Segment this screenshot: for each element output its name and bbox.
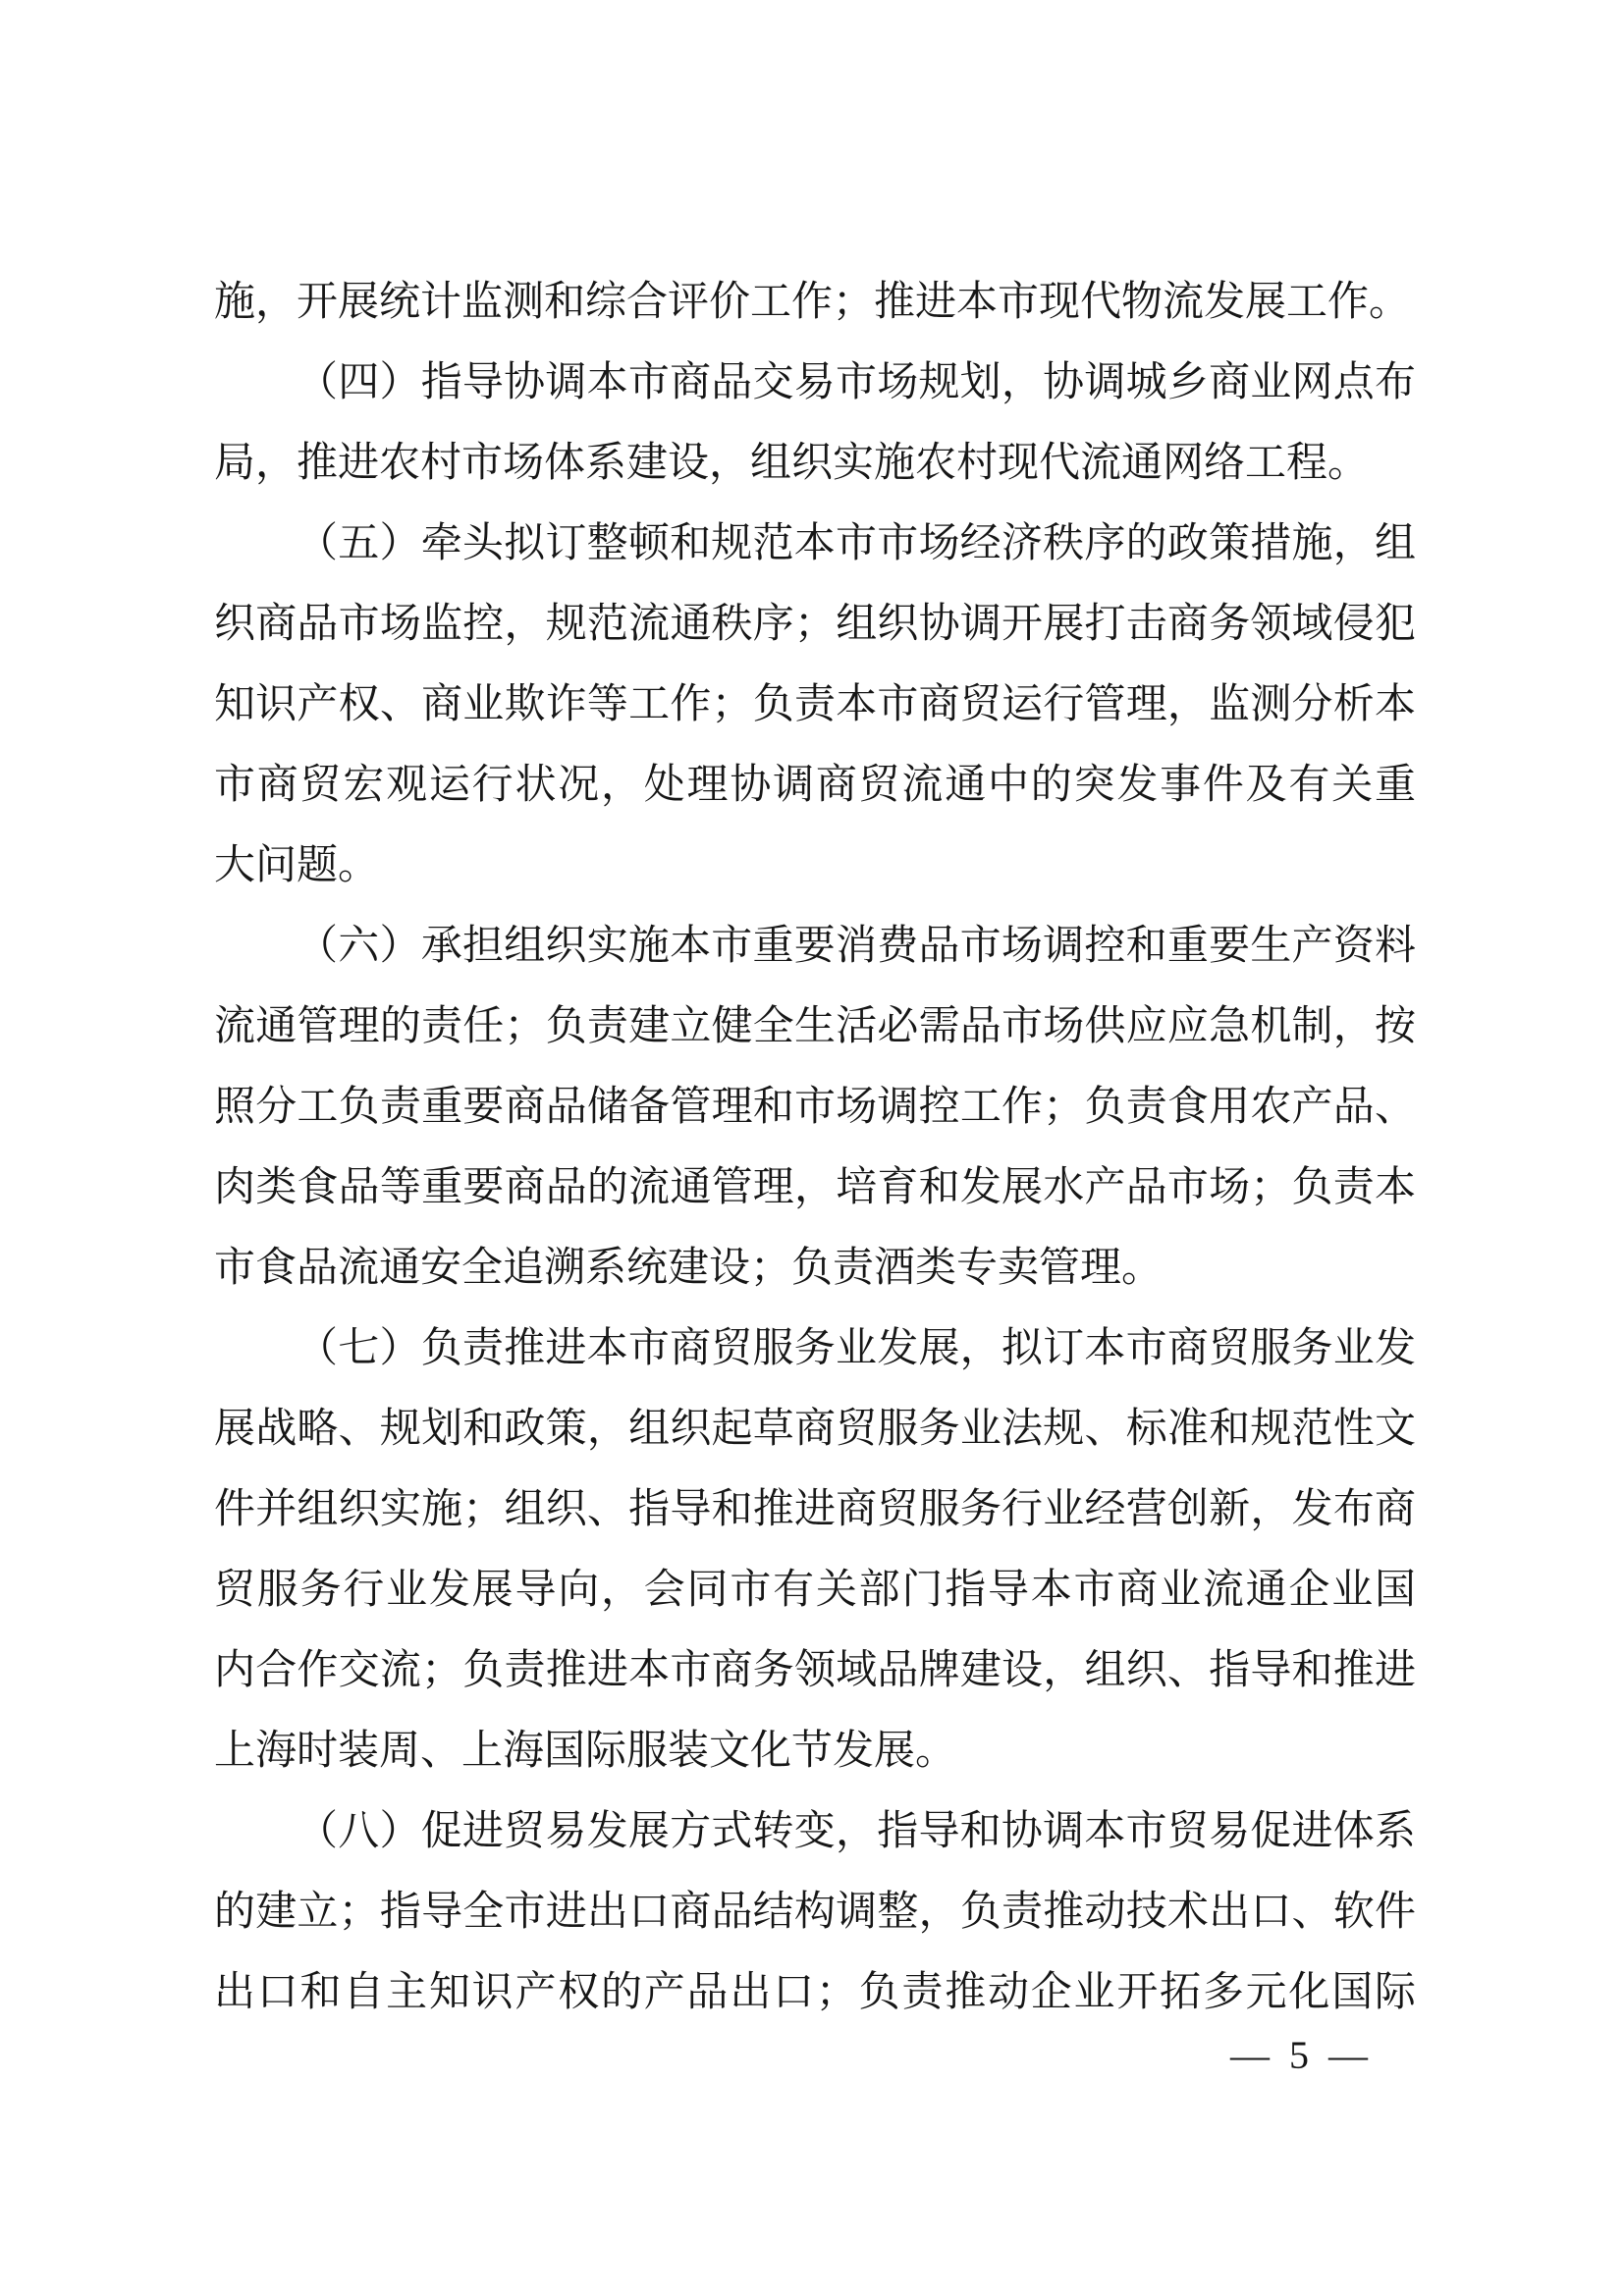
text-line: 照分工负责重要商品储备管理和市场调控工作；负责食用农产品、 <box>214 1067 1416 1148</box>
text-line: 市商贸宏观运行状况，处理协调商贸流通中的突发事件及有关重 <box>214 745 1416 826</box>
page-number: — 5 — <box>1196 2026 1402 2085</box>
text-line: （八）促进贸易发展方式转变，指导和协调本市贸易促进体系 <box>214 1791 1416 1872</box>
text-line: 大问题。 <box>214 826 1416 906</box>
text-line: 的建立；指导全市进出口商品结构调整，负责推动技术出口、软件 <box>214 1872 1416 1952</box>
text-line: 内合作交流；负责推进本市商务领域品牌建设，组织、指导和推进 <box>214 1630 1416 1711</box>
text-line: 肉类食品等重要商品的流通管理，培育和发展水产品市场；负责本 <box>214 1148 1416 1228</box>
text-line: 施，开展统计监测和综合评价工作；推进本市现代物流发展工作。 <box>214 262 1416 343</box>
text-line: 局，推进农村市场体系建设，组织实施农村现代流通网络工程。 <box>214 423 1416 504</box>
text-line: 流通管理的责任；负责建立健全生活必需品市场供应应急机制，按 <box>214 987 1416 1067</box>
text-line: （五）牵头拟订整顿和规范本市市场经济秩序的政策措施，组 <box>214 504 1416 584</box>
text-line: 织商品市场监控，规范流通秩序；组织协调开展打击商务领域侵犯 <box>214 584 1416 665</box>
text-line: 出口和自主知识产权的产品出口；负责推动企业开拓多元化国际 <box>214 1952 1416 2033</box>
document-page: 施，开展统计监测和综合评价工作；推进本市现代物流发展工作。 （四）指导协调本市商… <box>0 0 1624 2296</box>
text-line: 知识产权、商业欺诈等工作；负责本市商贸运行管理，监测分析本 <box>214 665 1416 745</box>
text-line: （四）指导协调本市商品交易市场规划，协调城乡商业网点布 <box>214 343 1416 423</box>
text-line: 市食品流通安全追溯系统建设；负责酒类专卖管理。 <box>214 1228 1416 1308</box>
text-line: 展战略、规划和政策，组织起草商贸服务业法规、标准和规范性文 <box>214 1389 1416 1469</box>
text-line: 件并组织实施；组织、指导和推进商贸服务行业经营创新，发布商 <box>214 1469 1416 1550</box>
text-line: 上海时装周、上海国际服装文化节发展。 <box>214 1711 1416 1791</box>
document-body: 施，开展统计监测和综合评价工作；推进本市现代物流发展工作。 （四）指导协调本市商… <box>214 262 1416 2033</box>
text-line: 贸服务行业发展导向，会同市有关部门指导本市商业流通企业国 <box>214 1550 1416 1630</box>
text-line: （七）负责推进本市商贸服务业发展，拟订本市商贸服务业发 <box>214 1308 1416 1389</box>
text-line: （六）承担组织实施本市重要消费品市场调控和重要生产资料 <box>214 906 1416 987</box>
